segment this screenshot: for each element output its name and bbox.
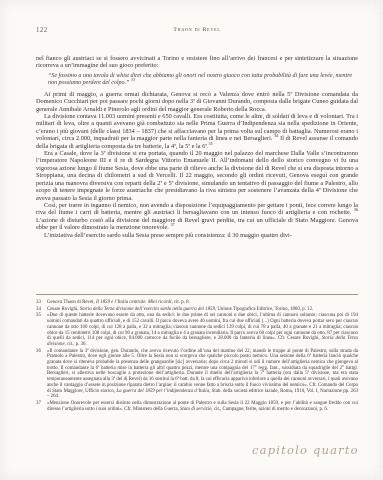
text-run: nel fianco gli austriaci se si fossero a…: [36, 55, 358, 69]
text-run: Era a Casale, dove la 3ª divisione si er…: [36, 150, 358, 201]
footnote-number: 36: [36, 349, 44, 355]
footnotes-list: 33Genova Thaon di Revel, Il 1859 e l’Ita…: [36, 300, 358, 412]
text-run: Cesare Rovighi,: [47, 307, 80, 312]
footnote-marker: 37: [170, 222, 174, 227]
footnote-number: 33: [36, 300, 44, 306]
footnote-marker: 33: [131, 77, 135, 82]
footnote-number: 37: [36, 401, 44, 407]
text-run: Genova Thaon di Revel,: [47, 300, 96, 305]
running-header-title: Thaon di Revel: [36, 27, 358, 33]
footnote-36: 36«Il comandante la 3ª divisione, gen. D…: [36, 349, 358, 400]
footnote-number: 34: [36, 307, 44, 313]
text-run: L’iniziativa dell’esercito sardo sulla S…: [44, 232, 292, 239]
text-run: L’azione di disturbo costò alla division…: [36, 217, 358, 231]
paragraph: Così, per trarre in inganno il nemico, n…: [36, 202, 358, 232]
running-header: 122 Thaon di Revel: [36, 26, 358, 36]
text-run: , cit., Campagne, ferite, azioni di meri…: [212, 407, 329, 412]
text-run: “Se fossimo a una tavola di whist direi …: [48, 73, 352, 86]
text-run: Ai primi di maggio, a guerra ormai dichi…: [36, 91, 358, 113]
book-page: 122 Thaon di Revel nel fianco gli austri…: [0, 0, 383, 480]
footnote-35: 35«Due di queste batterie dovevano esser…: [36, 313, 358, 347]
chapter-label: capitolo quarto: [252, 443, 359, 457]
text-run: «Due di queste batterie dovevano essere …: [47, 313, 358, 341]
text-run: Così, per trarre in inganno il nemico, n…: [36, 202, 358, 216]
footnote-marker: 35: [209, 141, 213, 146]
footnote-marker: 36: [354, 207, 358, 212]
blockquote: “Se fossimo a una tavola di whist direi …: [48, 73, 352, 87]
paragraph: nel fianco gli austriaci se si fossero a…: [36, 55, 358, 70]
footnote-33: 33Genova Thaon di Revel, Il 1859 e l’Ita…: [36, 300, 358, 306]
italic-title: Stato di servizio: [180, 407, 212, 412]
text-run: «Il comandante la 3ª divisione, gen. Dur…: [47, 349, 358, 394]
text-run: , cit., p. 36.: [65, 342, 87, 347]
paragraph: Era a Casale, dove la 3ª divisione si er…: [36, 150, 358, 202]
footnote-separator-rule: [36, 294, 358, 295]
paragraph: L’iniziativa dell’esercito sardo sulla S…: [36, 232, 358, 239]
italic-title: Storia della Terza divisione dell’eserci…: [80, 307, 215, 312]
paragraph: La divisione contava 11.003 uomini prese…: [36, 113, 358, 150]
text-run: , cit. p. 8.: [171, 300, 189, 305]
footnote-number: 35: [36, 313, 44, 319]
footnote-34: 34Cesare Rovighi, Storia della Terza div…: [36, 307, 358, 313]
body-text: nel fianco gli austriaci se si fossero a…: [36, 55, 358, 239]
paragraph: Ai primi di maggio, a guerra ormai dichi…: [36, 91, 358, 113]
italic-title: La guerra del 1859 per l’indipendenza d’…: [116, 389, 209, 394]
text-run: , Unione Tipografica Editrice, Torino, 1…: [215, 307, 313, 312]
footnotes-section: 33Genova Thaon di Revel, Il 1859 e l’Ita…: [36, 294, 358, 413]
italic-title: Il 1859 e l’Italia centrale. Miei ricord…: [96, 300, 171, 305]
footnote-37: 37«Menzione Onorevole per essersi distin…: [36, 401, 358, 412]
